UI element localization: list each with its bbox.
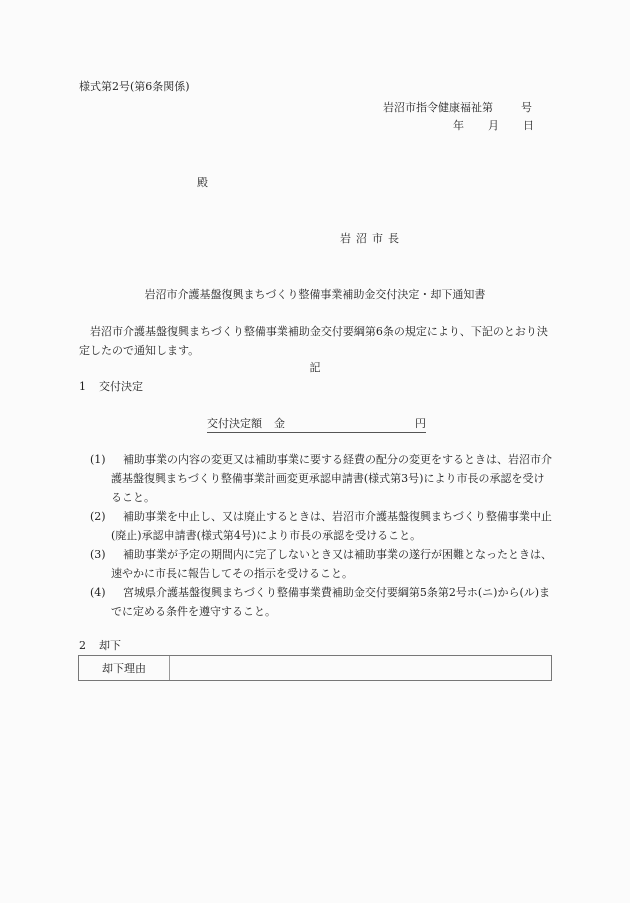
condition-number: (3) bbox=[90, 545, 106, 564]
section-2-number: 2 bbox=[79, 639, 99, 653]
amount-prefix: 金 bbox=[274, 417, 285, 430]
document-title: 岩沼市介護基盤復興まちづくり整備事業補助金交付決定・却下通知書 bbox=[0, 288, 630, 302]
condition-number: (1) bbox=[90, 450, 106, 469]
grant-amount-line: 交付決定額金円 bbox=[207, 417, 426, 433]
section-1-number: 1 bbox=[79, 380, 99, 394]
rejection-reason-field[interactable] bbox=[170, 656, 551, 680]
form-number: 様式第2号(第6条関係) bbox=[79, 80, 190, 94]
body-paragraph: 岩沼市介護基盤復興まちづくり整備事業補助金交付要綱第6条の規定により、下記のとお… bbox=[79, 322, 552, 360]
condition-text: 宮城県介護基盤復興まちづくり整備事業費補助金交付要綱第5条第2号ホ(ニ)から(ル… bbox=[111, 583, 552, 621]
ki-marker: 記 bbox=[0, 361, 630, 375]
section-1-heading: 1交付決定 bbox=[79, 380, 143, 394]
amount-unit: 円 bbox=[415, 417, 426, 430]
document-number-suffix: 号 bbox=[521, 101, 532, 114]
rejection-reason-table: 却下理由 bbox=[78, 655, 552, 681]
date-year: 年 bbox=[453, 119, 464, 132]
condition-item: (4) 宮城県介護基盤復興まちづくり整備事業費補助金交付要綱第5条第2号ホ(ニ)… bbox=[90, 583, 552, 621]
condition-number: (4) bbox=[90, 583, 106, 602]
condition-number: (2) bbox=[90, 507, 106, 526]
date-month: 月 bbox=[488, 119, 499, 132]
conditions-list: (1) 補助事業の内容の変更又は補助事業に要する経費の配分の変更をするときは、岩… bbox=[90, 450, 552, 621]
section-1-title: 交付決定 bbox=[99, 380, 143, 393]
condition-item: (3) 補助事業が予定の期間内に完了しないとき又は補助事業の遂行が困難となったと… bbox=[90, 545, 552, 583]
rejection-reason-label: 却下理由 bbox=[79, 656, 170, 680]
section-2-heading: 2却下 bbox=[79, 639, 121, 653]
condition-text: 補助事業を中止し、又は廃止するときは、岩沼市介護基盤復興まちづくり整備事業中止(… bbox=[111, 507, 552, 545]
condition-item: (1) 補助事業の内容の変更又は補助事業に要する経費の配分の変更をするときは、岩… bbox=[90, 450, 552, 507]
date-day: 日 bbox=[523, 119, 534, 132]
sender-name: 岩沼市長 bbox=[340, 232, 404, 246]
condition-item: (2) 補助事業を中止し、又は廃止するときは、岩沼市介護基盤復興まちづくり整備事… bbox=[90, 507, 552, 545]
condition-text: 補助事業が予定の期間内に完了しないとき又は補助事業の遂行が困難となったときは、速… bbox=[111, 545, 552, 583]
issue-date: 年月日 bbox=[453, 119, 534, 133]
addressee-honorific: 殿 bbox=[197, 176, 208, 190]
document-number-prefix: 岩沼市指令健康福祉第 bbox=[383, 101, 493, 114]
section-2-title: 却下 bbox=[99, 639, 121, 652]
amount-label: 交付決定額 bbox=[207, 417, 262, 430]
condition-text: 補助事業の内容の変更又は補助事業に要する経費の配分の変更をするときは、岩沼市介護… bbox=[111, 450, 552, 507]
document-number: 岩沼市指令健康福祉第号 bbox=[383, 101, 532, 115]
